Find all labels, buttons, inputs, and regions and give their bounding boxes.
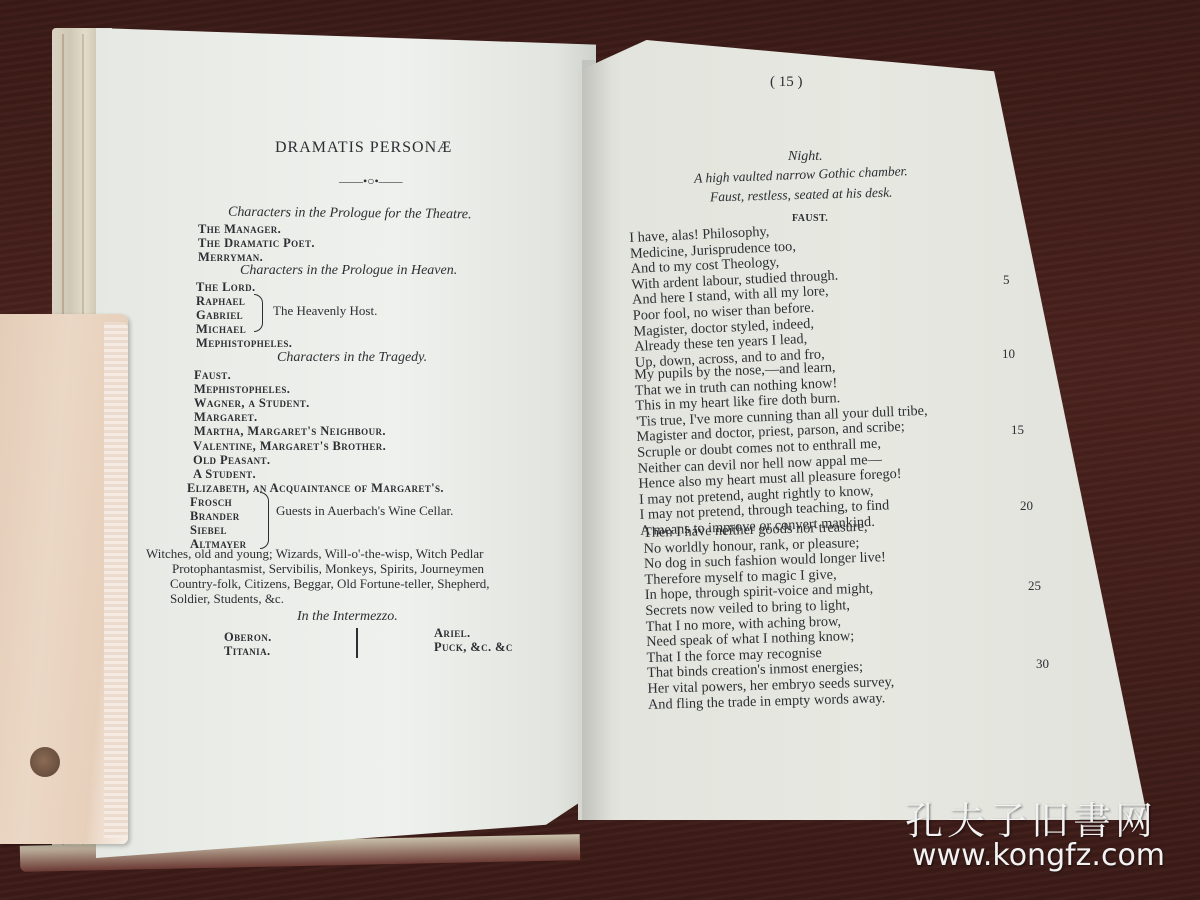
brace-wine-cellar	[260, 492, 269, 549]
extras-line: Country-folk, Citizens, Beggar, Old Fort…	[170, 576, 490, 592]
group-label-heavenly-host: The Heavenly Host.	[273, 303, 377, 319]
line-number: 30	[1036, 656, 1049, 672]
line-number: 10	[1002, 346, 1015, 362]
verse-block: I have, alas! Philosophy, Medicine, Juri…	[629, 222, 842, 372]
page-number: ( 15 )	[770, 74, 803, 91]
character: A Student.	[193, 467, 256, 482]
extras-line: Soldier, Students, &c.	[170, 591, 284, 607]
line-number: 15	[1011, 422, 1024, 438]
character: Old Peasant.	[193, 453, 270, 468]
watermark-site-name: 孔夫子旧書网	[905, 790, 1157, 845]
extras-line: Witches, old and young; Wizards, Will-o'…	[146, 546, 483, 562]
intermezzo-heading: In the Intermezzo.	[297, 609, 398, 625]
line-number: 25	[1028, 578, 1041, 594]
character: Elizabeth, an Acquaintance of Margaret's…	[187, 481, 444, 496]
character: Gabriel	[196, 308, 243, 323]
character: The Dramatic Poet.	[198, 236, 315, 251]
watermark-url: www.kongfz.com	[912, 838, 1165, 873]
character: The Manager.	[198, 222, 281, 237]
character: Oberon.	[224, 630, 272, 645]
verse-block: My pupils by the nose,—and learn, That w…	[634, 357, 932, 540]
ornament-divider: ——•○•——	[339, 174, 403, 189]
verse-block: Then I have neither goods nor treasure, …	[643, 519, 895, 713]
character: Martha, Margaret's Neighbour.	[194, 424, 386, 439]
section-heading-tragedy: Characters in the Tragedy.	[277, 350, 427, 366]
character: Valentine, Margaret's Brother.	[193, 439, 386, 454]
intermezzo-divider	[356, 628, 358, 658]
section-heading-heaven: Characters in the Prologue in Heaven.	[240, 263, 457, 279]
wooden-block-hole	[30, 747, 60, 777]
character: Brander	[190, 509, 240, 524]
section-heading-theatre: Characters in the Prologue for the Theat…	[228, 205, 472, 224]
line-number: 5	[1003, 272, 1010, 288]
dramatis-personae-title: DRAMATIS PERSONÆ	[275, 139, 452, 157]
character: Raphael	[196, 294, 245, 309]
character: Margaret.	[194, 410, 258, 425]
brace-heavenly-host	[254, 294, 263, 332]
group-label-wine-cellar: Guests in Auerbach's Wine Cellar.	[276, 503, 453, 519]
character: Michael	[196, 322, 246, 337]
character: Frosch	[190, 495, 232, 510]
wooden-block-edge	[104, 322, 128, 838]
character: Siebel	[190, 523, 227, 538]
character: Faust.	[194, 368, 231, 383]
line-number: 20	[1020, 498, 1033, 514]
character: Titania.	[224, 644, 271, 659]
character: Mephistopheles.	[194, 382, 290, 397]
character: Puck, &c. &c	[434, 640, 513, 655]
extras-line: Protophantasmist, Servibilis, Monkeys, S…	[172, 561, 484, 577]
character: The Lord.	[196, 280, 256, 295]
character: Wagner, a Student.	[194, 396, 310, 411]
character: Ariel.	[434, 626, 471, 641]
gutter-shadow	[582, 60, 612, 820]
scene-title: Night.	[788, 149, 823, 165]
character: Mephistopheles.	[196, 336, 292, 351]
